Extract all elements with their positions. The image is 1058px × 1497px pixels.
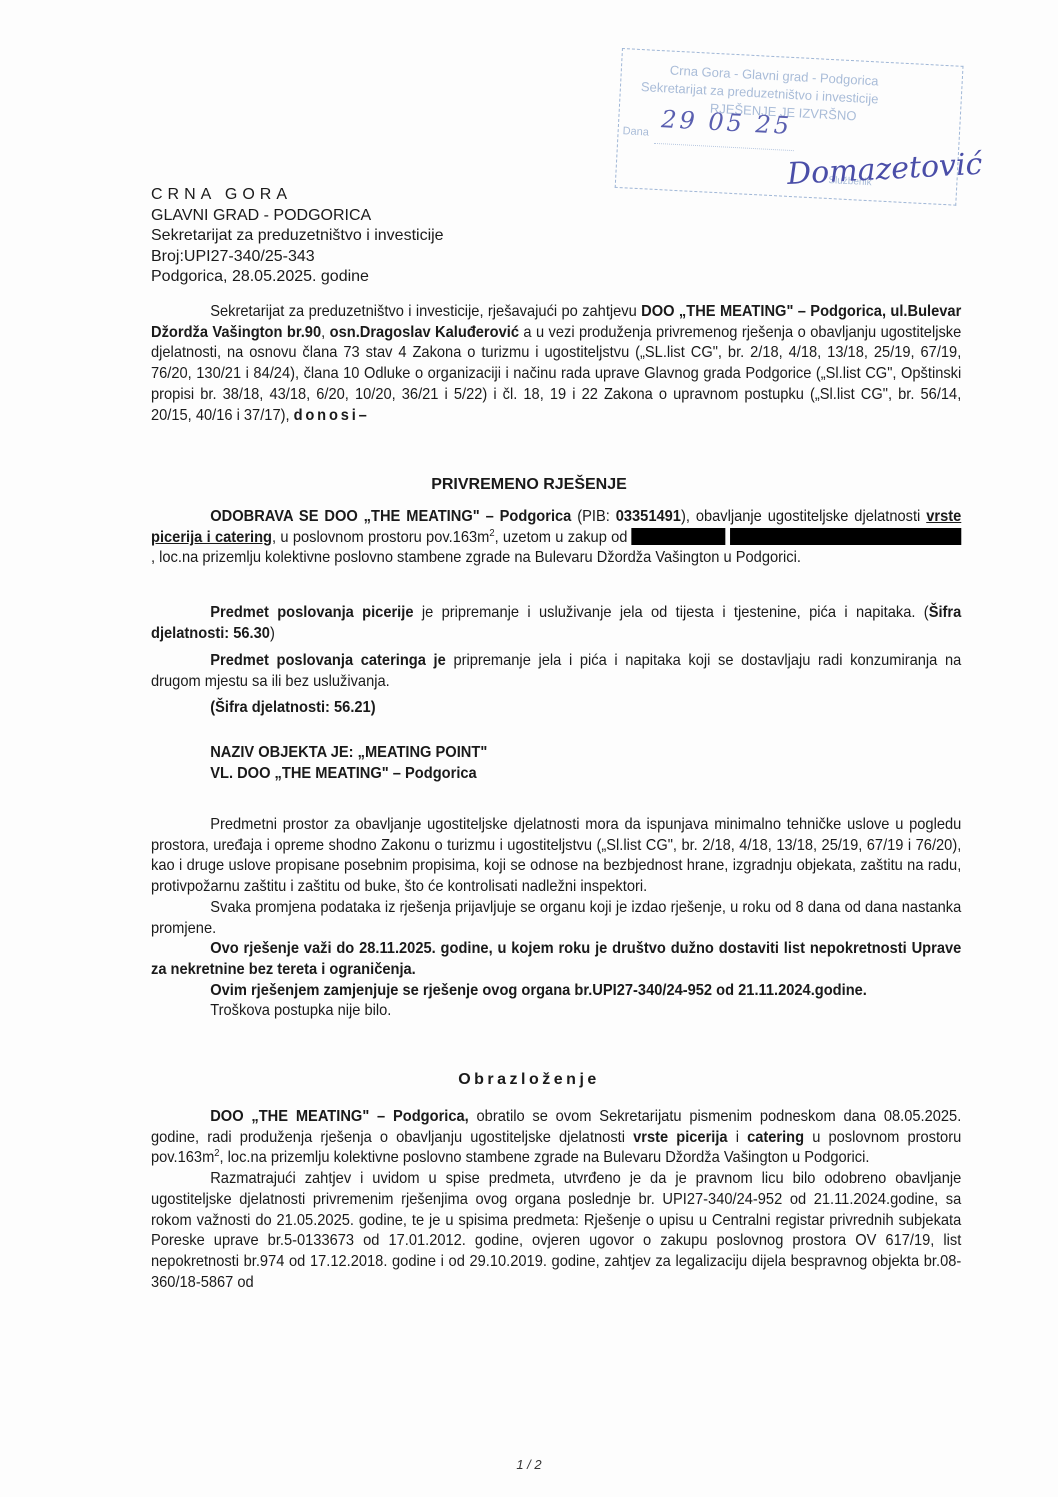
reasoning-activity-2: catering <box>747 1129 804 1146</box>
received-stamp: Crna Gora - Glavni grad - Podgorica Sekr… <box>615 48 964 206</box>
object-owner: VL. DOO „THE MEATING" – Podgorica <box>151 764 961 785</box>
approval-paragraph: ODOBRAVA SE DOO „THE MEATING" – Podgoric… <box>151 507 961 569</box>
intro-paragraph: Sekretarijat za preduzetništvo i investi… <box>151 302 961 426</box>
approval-text-5: , loc.na prizemlju kolektivne poslovno s… <box>151 549 801 566</box>
pizzeria-text: je pripremanje i usluživanje jela od tij… <box>413 604 928 621</box>
conditions-changes: Svaka promjena podataka iz rješenja prij… <box>151 898 961 939</box>
redacted-block-1 <box>632 528 726 545</box>
decision-title: PRIVREMENO RJEŠENJE <box>0 476 1058 494</box>
pizzeria-text-end: ) <box>270 625 275 642</box>
reasoning-activity-1: vrste picerija <box>633 1129 727 1146</box>
conditions-technical: Predmetni prostor za obavljanje ugostite… <box>151 815 961 898</box>
approval-text-2: ), obavljanje ugostiteljske djelatnosti <box>681 508 926 525</box>
handwritten-signature: Domazetović <box>787 156 983 183</box>
object-info: NAZIV OBJEKTA JE: „MEATING POINT" VL. DO… <box>151 743 961 784</box>
conditions-section: Predmetni prostor za obavljanje ugostite… <box>151 815 961 1022</box>
approval-text-1: (PIB: <box>571 508 615 525</box>
reasoning-paragraph-2: Razmatrajući zahtjev i uvidom u spise pr… <box>151 1169 961 1293</box>
approval-text-3: , u poslovnom prostoru pov.163m <box>272 529 489 546</box>
intro-founder: osn.Dragoslav Kaluđerović <box>330 324 519 341</box>
stamp-handwritten-date: 29 05 25 <box>661 111 793 135</box>
pizzeria-paragraph: Predmet poslovanja picerije je pripreman… <box>151 603 961 644</box>
reasoning-text-4: , loc.na prizemlju kolektivne poslovno s… <box>220 1149 870 1166</box>
header-place-date: Podgorica, 28.05.2025. godine <box>151 267 444 288</box>
document-page: Crna Gora - Glavni grad - Podgorica Sekr… <box>0 0 1058 1497</box>
redacted-block-2 <box>730 528 961 545</box>
header-department: Sekretarijat za preduzetništvo i investi… <box>151 226 444 247</box>
conditions-costs: Troškova postupka nije bilo. <box>151 1001 961 1022</box>
approval-company: ODOBRAVA SE DOO „THE MEATING" – Podgoric… <box>210 508 571 525</box>
catering-label: Predmet poslovanja cateringa je <box>210 652 446 669</box>
header-number: Broj:UPI27-340/25-343 <box>151 247 444 268</box>
intro-text-1: Sekretarijat za preduzetništvo i investi… <box>210 303 641 320</box>
reasoning-section: DOO „THE MEATING" – Podgorica, obratilo … <box>151 1107 961 1293</box>
conditions-replacement: Ovim rješenjem zamjenjuje se rješenje ov… <box>151 981 961 1002</box>
object-name: NAZIV OBJEKTA JE: „MEATING POINT" <box>151 743 961 764</box>
intro-text-2: , <box>321 324 330 341</box>
intro-donosi: donosi– <box>294 407 370 424</box>
reasoning-text-2: i <box>728 1129 747 1146</box>
header-country: CRNA GORA <box>151 185 444 206</box>
pizzeria-label: Predmet poslovanja picerije <box>210 604 413 621</box>
reasoning-company: DOO „THE MEATING" – Podgorica, <box>210 1108 469 1125</box>
header-city: GLAVNI GRAD - PODGORICA <box>151 206 444 227</box>
approval-text-4: , uzetom u zakup od <box>495 529 632 546</box>
conditions-validity: Ovo rješenje važi do 28.11.2025. godine,… <box>151 939 961 980</box>
reasoning-title: Obrazloženje <box>0 1071 1058 1089</box>
approval-pib: 03351491 <box>616 508 681 525</box>
stamp-date-line <box>654 143 794 151</box>
catering-paragraph: Predmet poslovanja cateringa je priprema… <box>151 651 961 719</box>
catering-code: (Šifra djelatnosti: 56.21) <box>151 698 961 719</box>
stamp-date-label: Dana <box>622 123 649 141</box>
document-header: CRNA GORA GLAVNI GRAD - PODGORICA Sekret… <box>151 185 444 288</box>
page-number: 1 / 2 <box>0 1457 1058 1472</box>
